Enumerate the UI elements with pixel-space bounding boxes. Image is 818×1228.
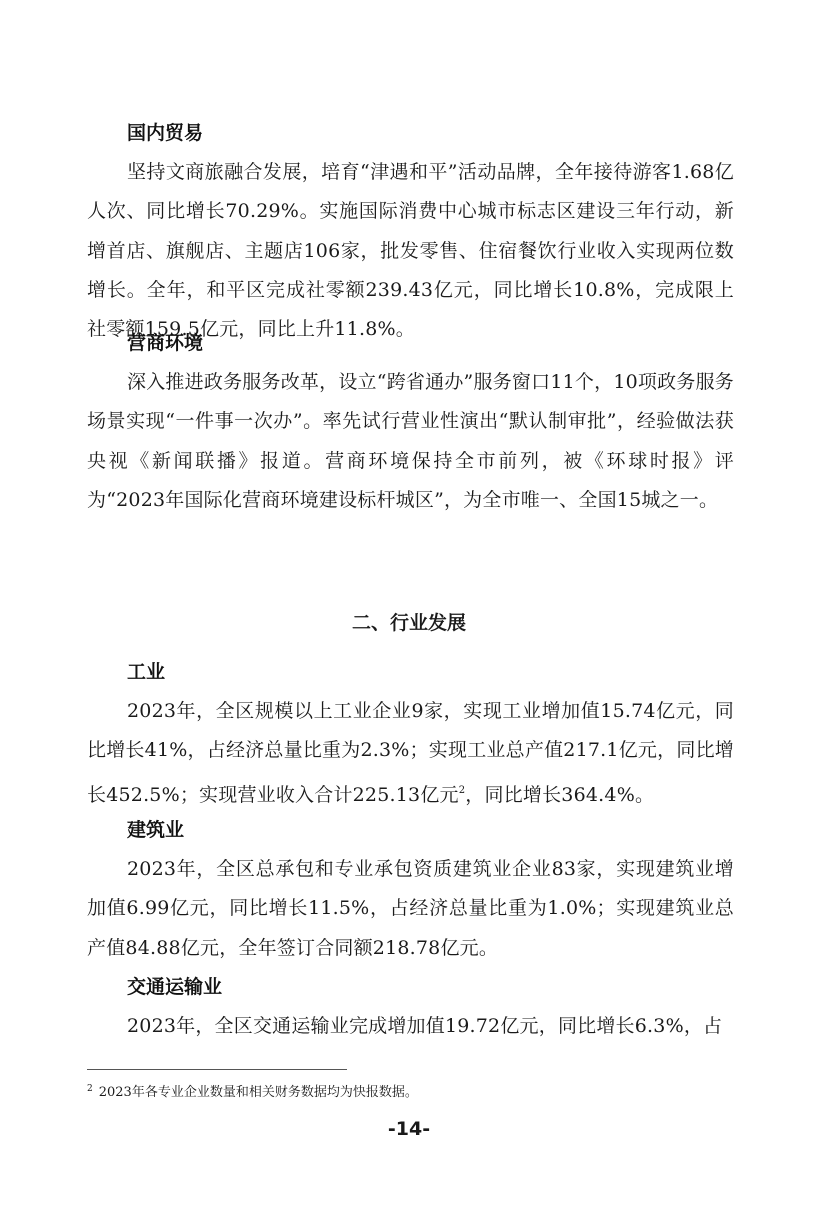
paragraph-construction: 2023年，全区总承包和专业承包资质建筑业企业83家，实现建筑业增加值6.99亿… bbox=[87, 850, 734, 968]
document-page: 国内贸易 坚持文商旅融合发展，培育“津遇和平”活动品牌，全年接待游客1.68亿人… bbox=[0, 0, 818, 1228]
industry-text-b: ，同比增长364.4%。 bbox=[465, 784, 654, 806]
paragraph-industry: 2023年，全区规模以上工业企业9家，实现工业增加值15.74亿元，同比增长41… bbox=[87, 692, 734, 815]
footnote: 22023年各专业企业数量和相关财务数据均为快报数据。 bbox=[87, 1080, 418, 1102]
paragraph-domestic-trade: 坚持文商旅融合发展，培育“津遇和平”活动品牌，全年接待游客1.68亿人次、同比增… bbox=[87, 153, 734, 349]
heading-construction: 建筑业 bbox=[127, 818, 184, 842]
heading-business-environment: 营商环境 bbox=[127, 331, 203, 355]
paragraph-business-environment: 深入推进政务服务改革，设立“跨省通办”服务窗口11个，10项政务服务场景实现“一… bbox=[87, 363, 734, 520]
footnote-text: 2023年各专业企业数量和相关财务数据均为快报数据。 bbox=[99, 1085, 418, 1100]
heading-industry: 工业 bbox=[127, 660, 165, 684]
paragraph-transport: 2023年，全区交通运输业完成增加值19.72亿元，同比增长6.3%，占 bbox=[87, 1007, 734, 1046]
footnote-marker: 2 bbox=[87, 1084, 93, 1094]
page-number: -14- bbox=[0, 1118, 818, 1140]
heading-transport: 交通运输业 bbox=[127, 975, 222, 999]
section-title: 二、行业发展 bbox=[0, 608, 818, 635]
footnote-divider bbox=[87, 1069, 347, 1070]
heading-domestic-trade: 国内贸易 bbox=[127, 121, 203, 145]
